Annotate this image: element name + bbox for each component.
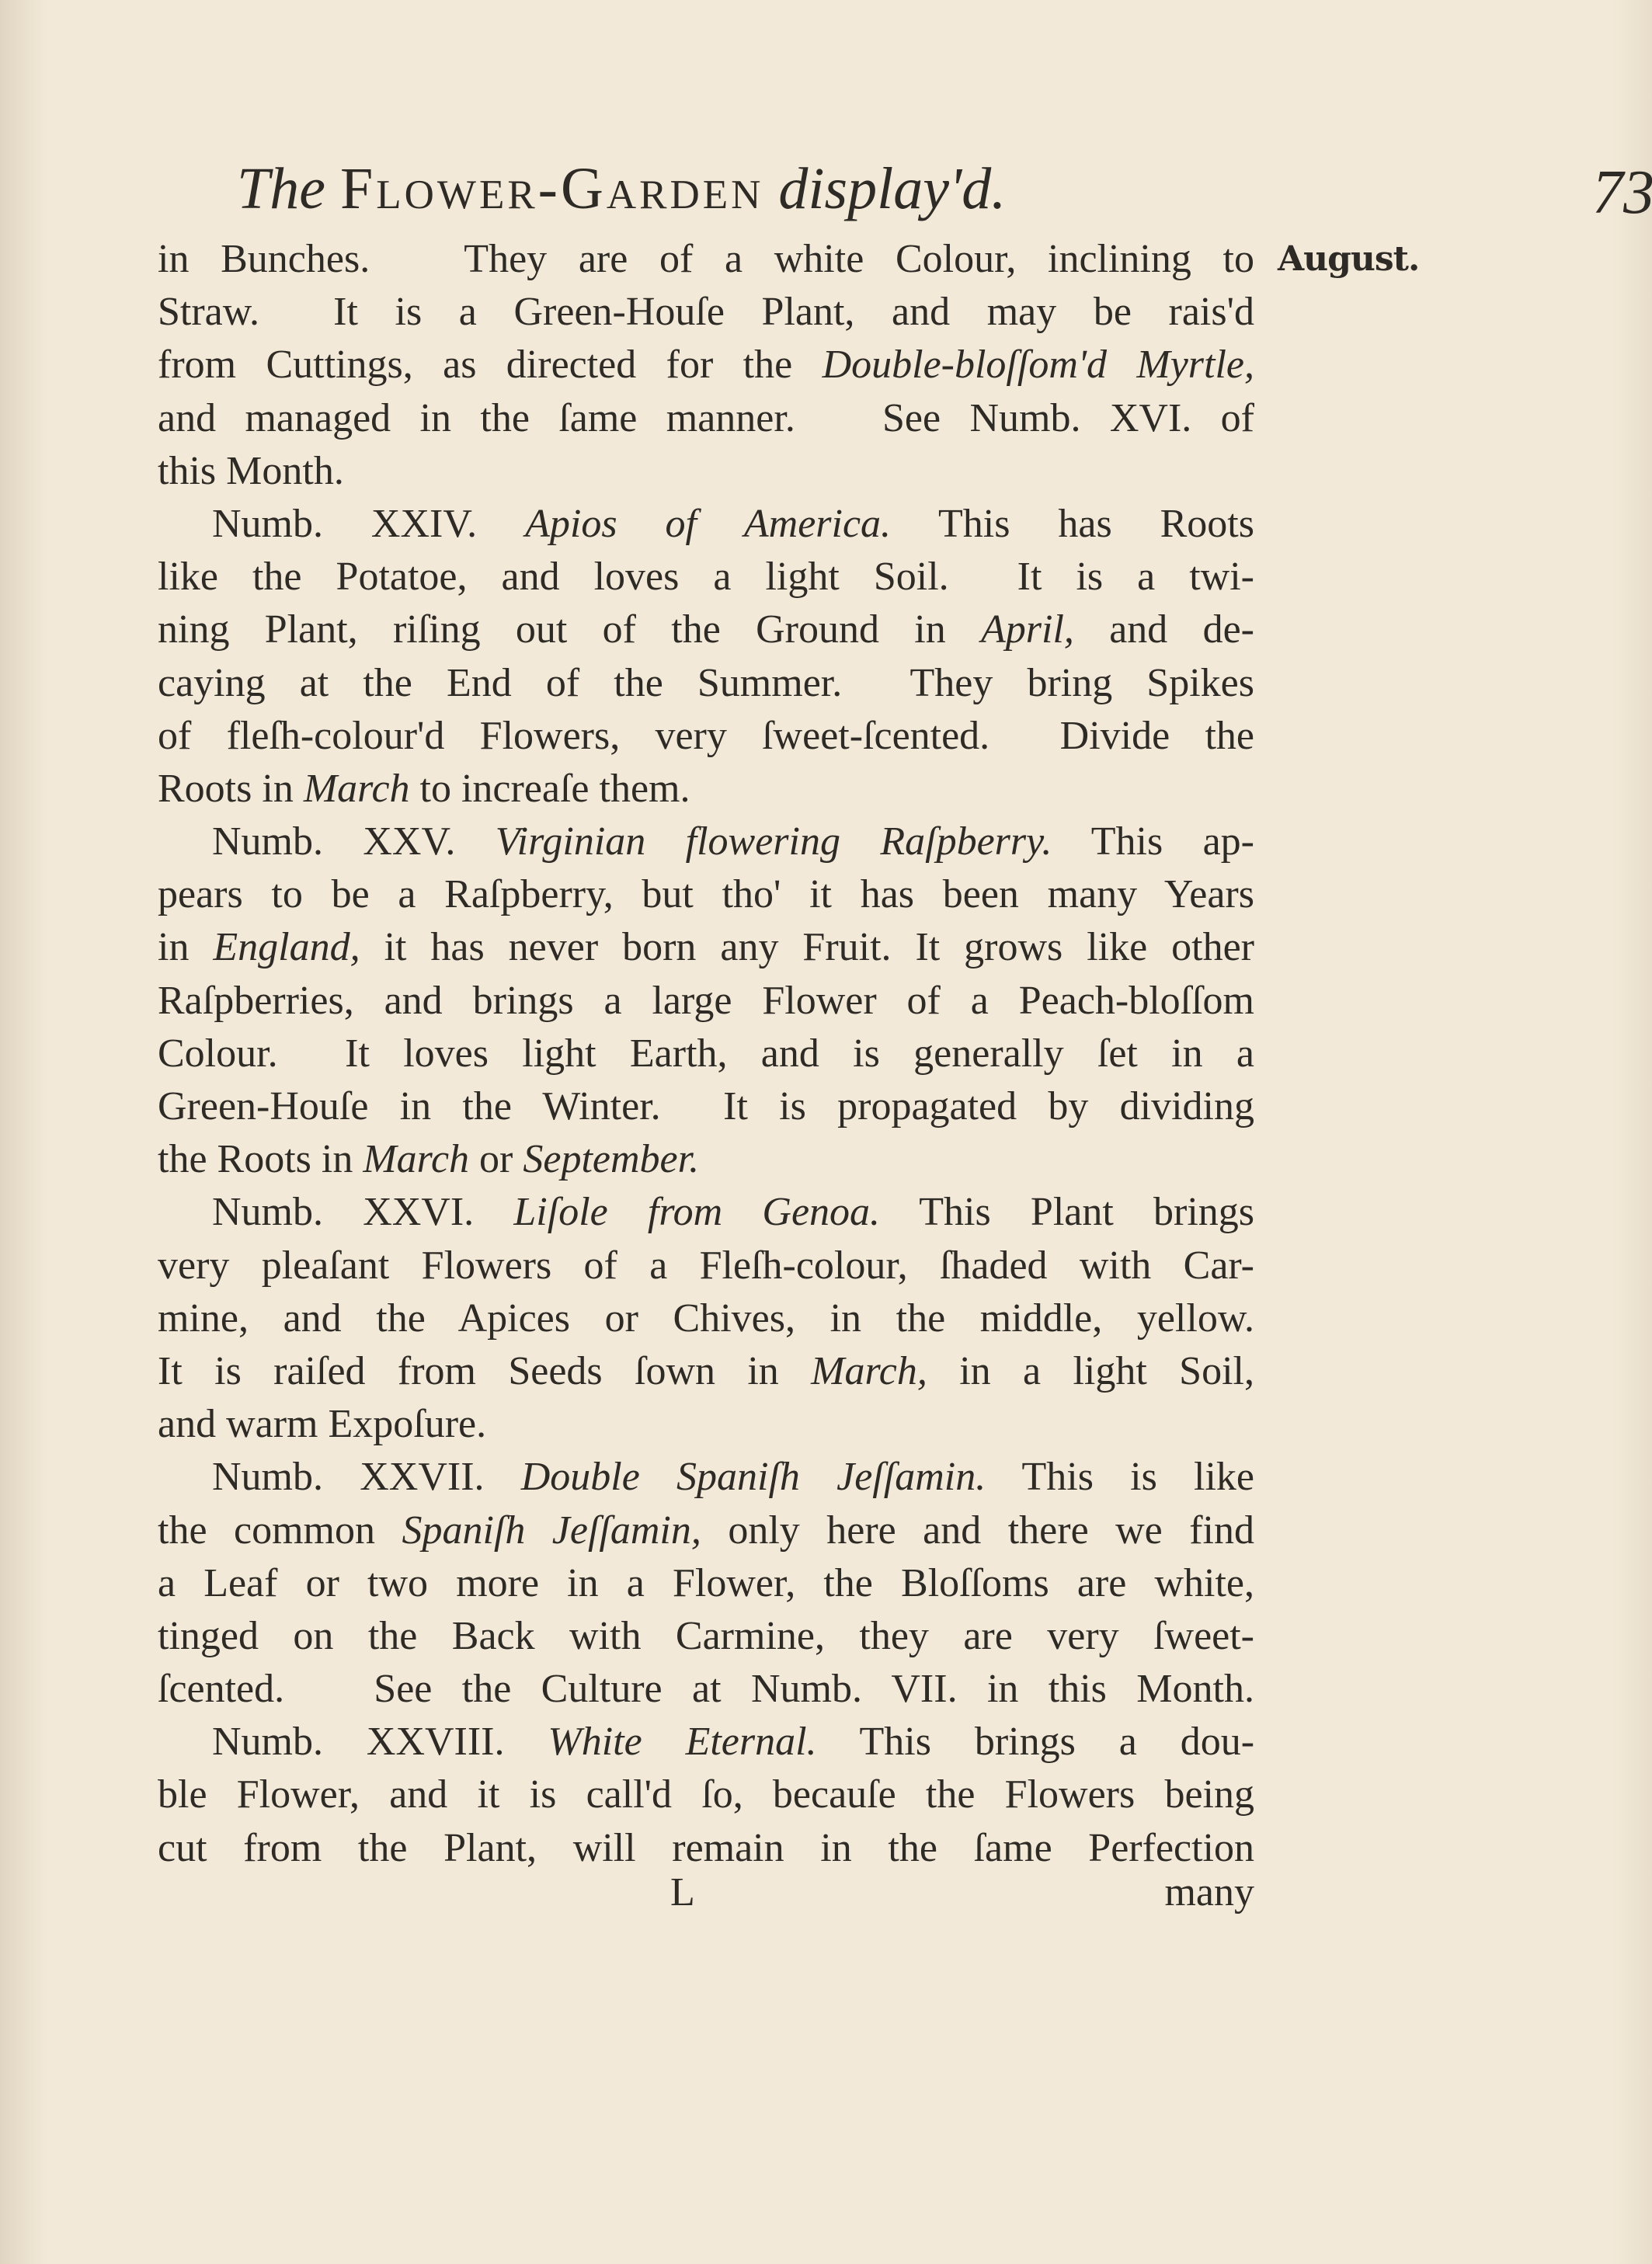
- title-main: Flower-Garden: [340, 156, 763, 221]
- running-head-title: The Flower-Garden display'd.: [237, 154, 1006, 224]
- text-line: like the Potatoe, and loves a light Soil…: [158, 551, 1254, 603]
- text-line: from Cuttings, as directed for the Doubl…: [158, 339, 1254, 391]
- text-line: tinged on the Back with Carmine, they ar…: [158, 1610, 1254, 1663]
- paragraph-continuation: in Bunches. They are of a white Colour, …: [158, 233, 1254, 498]
- text-line: Numb. XXVIII. White Eternal. This brings…: [158, 1716, 1254, 1768]
- text-line: very pleaſant Flowers of a Fleſh-colour,…: [158, 1240, 1254, 1292]
- page-number: 73: [1592, 154, 1652, 231]
- text-line: ble Flower, and it is call'd ſo, becauſe…: [158, 1768, 1254, 1821]
- text-line: Numb. XXVI. Liſole from Genoa. This Plan…: [158, 1186, 1254, 1239]
- running-head: The Flower-Garden display'd. 73: [237, 154, 1433, 224]
- text-line: Roots in March to increaſe them.: [158, 763, 1254, 816]
- text-line: Straw. It is a Green-Houſe Plant, and ma…: [158, 286, 1254, 339]
- entry-numb-xxviii: Numb. XXVIII. White Eternal. This brings…: [158, 1716, 1254, 1875]
- text-line: a Leaf or two more in a Flower, the Bloſ…: [158, 1557, 1254, 1610]
- text-line: pears to be a Raſpberry, but tho' it has…: [158, 868, 1254, 921]
- text-line: Green-Houſe in the Winter. It is propaga…: [158, 1080, 1254, 1133]
- text-line: and managed in the ſame manner. See Numb…: [158, 392, 1254, 445]
- entry-numb-xxvi: Numb. XXVI. Liſole from Genoa. This Plan…: [158, 1186, 1254, 1451]
- text-line: cut from the Plant, will remain in the ſ…: [158, 1822, 1254, 1875]
- text-line: in Bunches. They are of a white Colour, …: [158, 233, 1254, 286]
- text-line: Numb. XXV. Virginian flowering Raſpberry…: [158, 816, 1254, 868]
- text-line: the Roots in March or September.: [158, 1133, 1254, 1186]
- text-line: caying at the End of the Summer. They br…: [158, 657, 1254, 710]
- title-suffix: display'd.: [778, 156, 1006, 221]
- text-line: Raſpberries, and brings a large Flower o…: [158, 975, 1254, 1028]
- text-line: in England, it has never born any Fruit.…: [158, 921, 1254, 974]
- margin-note-month: August.: [1278, 239, 1419, 279]
- page-footer: L many: [158, 1869, 1254, 1924]
- text-line: ning Plant, riſing out of the Ground in …: [158, 603, 1254, 656]
- text-line: of fleſh-colour'd Flowers, very ſweet-ſc…: [158, 710, 1254, 763]
- text-line: the common Spaniſh Jeſſamin, only here a…: [158, 1504, 1254, 1557]
- text-line: this Month.: [158, 445, 1254, 498]
- body-text: in Bunches. They are of a white Colour, …: [158, 233, 1254, 1875]
- text-line: Numb. XXIV. Apios of America. This has R…: [158, 498, 1254, 551]
- entry-numb-xxiv: Numb. XXIV. Apios of America. This has R…: [158, 498, 1254, 816]
- book-page: The Flower-Garden display'd. 73 August. …: [0, 0, 1652, 2264]
- text-line: Colour. It loves light Earth, and is gen…: [158, 1028, 1254, 1080]
- signature-mark: L: [670, 1869, 695, 1915]
- text-line: Numb. XXVII. Double Spaniſh Jeſſamin. Th…: [158, 1451, 1254, 1504]
- text-line: mine, and the Apices or Chives, in the m…: [158, 1292, 1254, 1345]
- catchword: many: [1164, 1869, 1254, 1915]
- text-line: ſcented. See the Culture at Numb. VII. i…: [158, 1663, 1254, 1716]
- text-line: and warm Expoſure.: [158, 1398, 1254, 1451]
- entry-numb-xxv: Numb. XXV. Virginian flowering Raſpberry…: [158, 816, 1254, 1186]
- title-prefix: The: [237, 156, 325, 221]
- entry-numb-xxvii: Numb. XXVII. Double Spaniſh Jeſſamin. Th…: [158, 1451, 1254, 1716]
- text-line: It is raiſed from Seeds ſown in March, i…: [158, 1345, 1254, 1398]
